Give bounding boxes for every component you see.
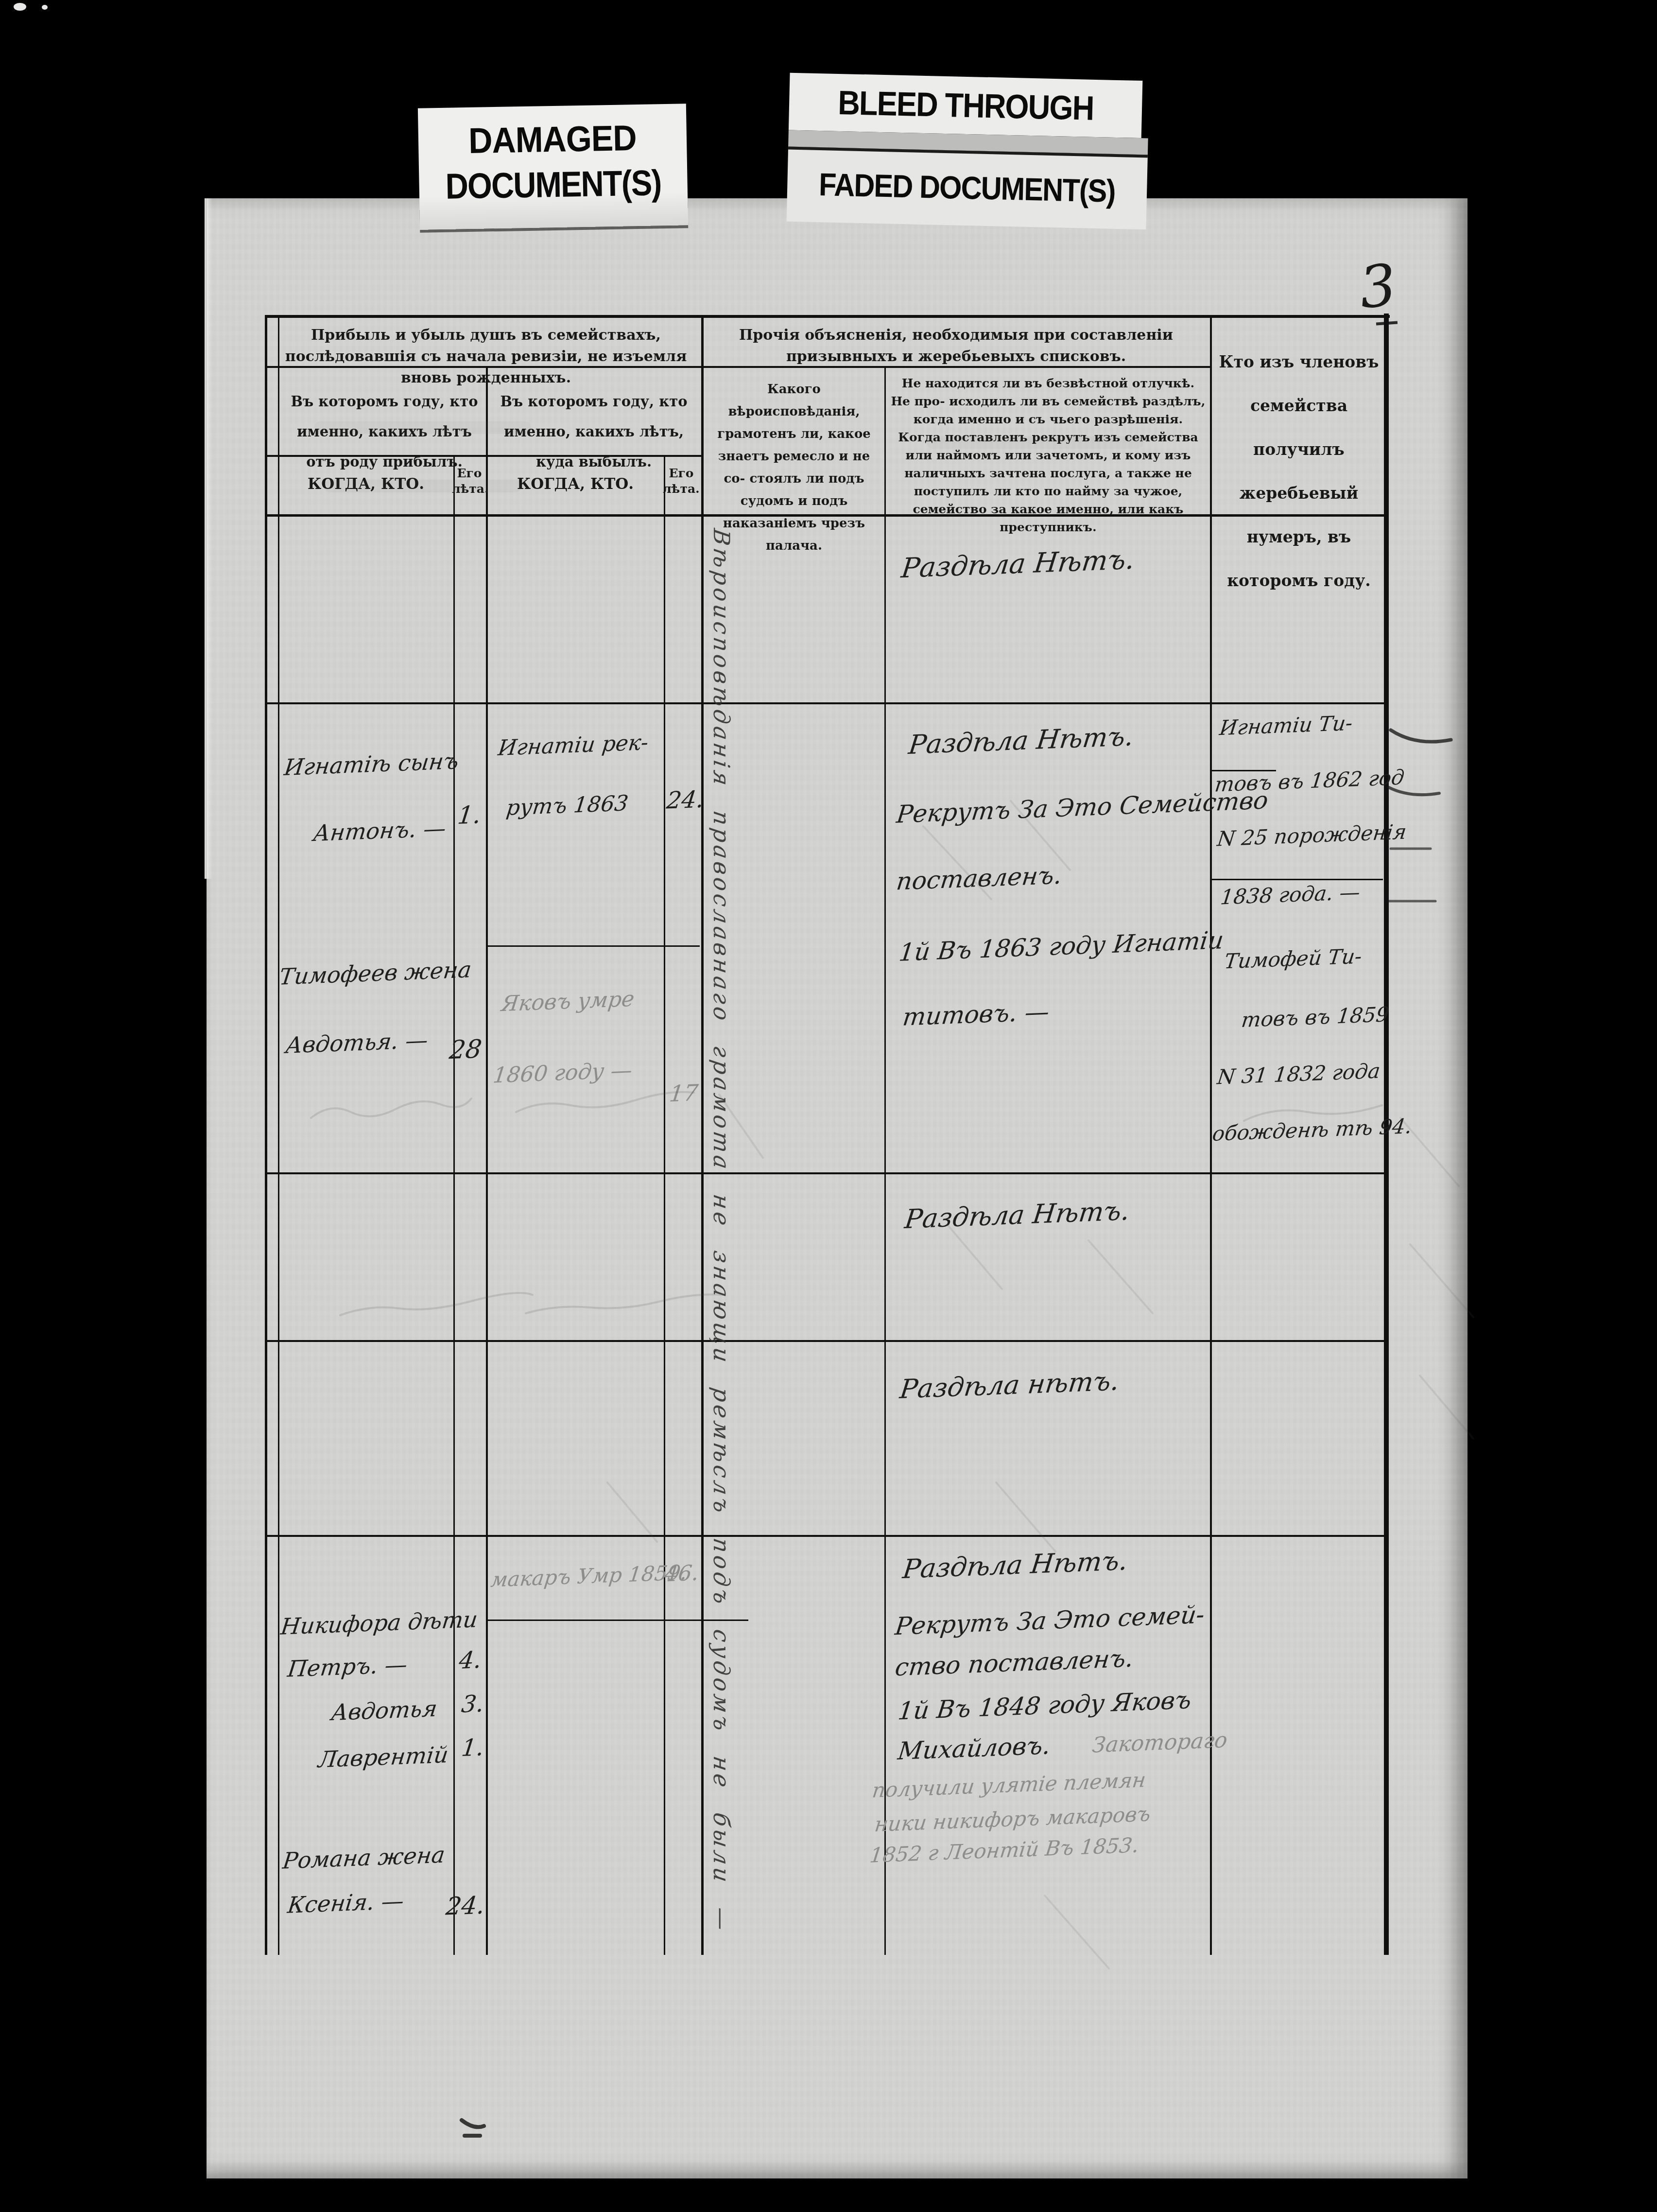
scanned-revision-list: DAMAGED DOCUMENT(S) BLEED THROUGH FADED … <box>0 0 1657 2212</box>
bleedthrough-marks <box>0 0 1657 2212</box>
